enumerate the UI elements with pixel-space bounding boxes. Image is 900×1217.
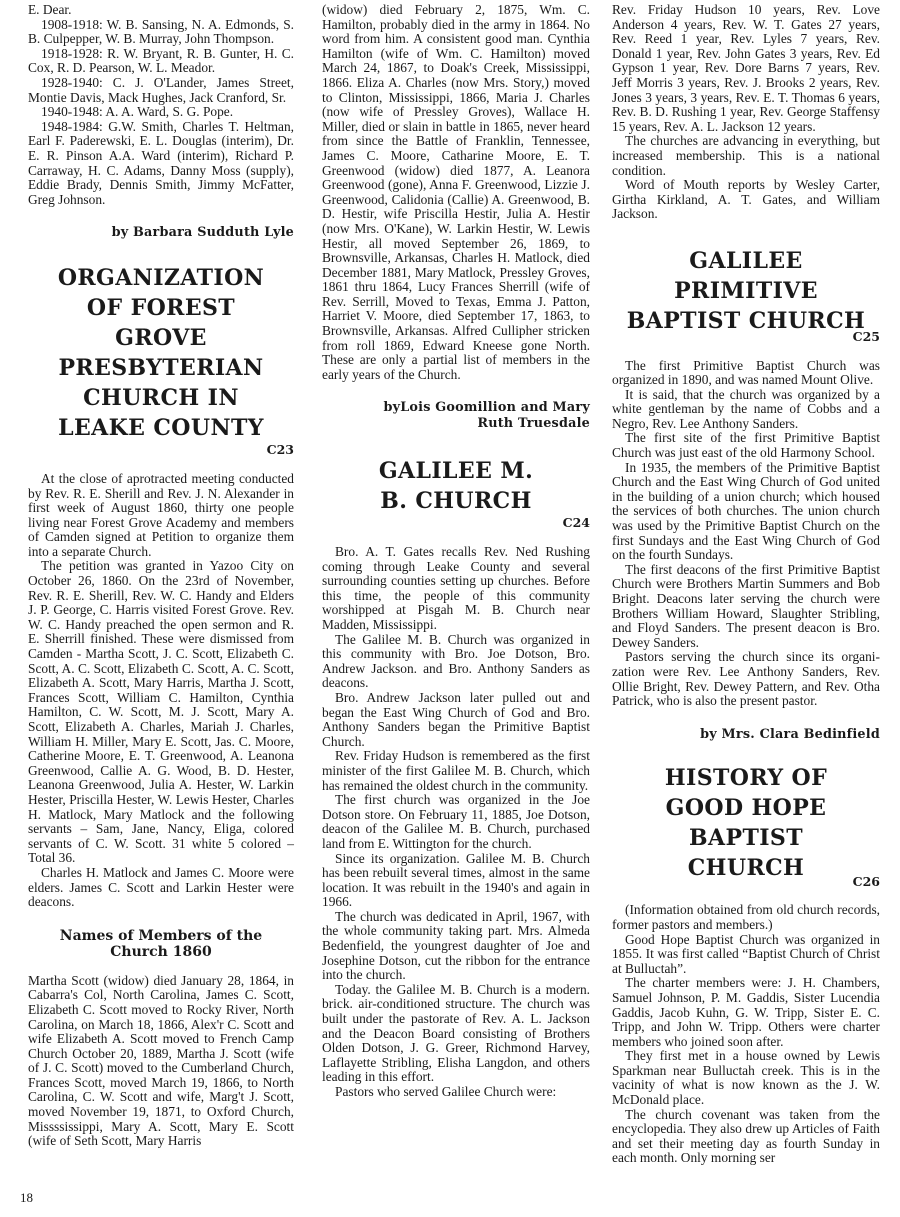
paragraph: (Information obtained from old church re… <box>612 903 880 932</box>
paragraph: Pastors who served Galilee Church were: <box>322 1085 590 1100</box>
article-title-c26: HISTORY OF GOOD HOPE BAPTIST CHURCH <box>612 763 880 883</box>
paragraph: In 1935, the members of the Primitive Ba… <box>612 461 880 563</box>
column-1: E. Dear. 1908-1918: W. B. Sansing, N. A.… <box>28 3 294 1149</box>
pastor-period: 1928-1940: C. J. O'Lander, James Street,… <box>28 76 294 105</box>
continued-text: E. Dear. <box>28 3 294 18</box>
paragraph: They first met in a house owned by Lewis… <box>612 1049 880 1107</box>
paragraph: The first deacons of the first Primitive… <box>612 563 880 651</box>
section-subtitle: Names of Members of the Church 1860 <box>28 928 294 960</box>
paragraph: Today. the Galilee M. B. Church is a mod… <box>322 983 590 1085</box>
pastor-period: 1940-1948: A. A. Ward, S. G. Pope. <box>28 105 294 120</box>
members-list-continued: (widow) died February 2, 1875, Wm. C. Ha… <box>322 3 590 382</box>
paragraph: Charles H. Matlock and James C. Moore we… <box>28 866 294 910</box>
column-3: Rev. Friday Hudson 10 years, Rev. Love A… <box>612 3 880 1166</box>
pastor-period: 1948-1984: G.W. Smith, Charles T. Helt­m… <box>28 120 294 208</box>
paragraph: Word of Mouth reports by Wesley Carter, … <box>612 178 880 222</box>
paragraph: Bro. Andrew Jackson later pulled out and… <box>322 691 590 749</box>
article-code-c24: C24 <box>322 516 590 531</box>
members-list: Martha Scott (widow) died January 28, 18… <box>28 974 294 1149</box>
paragraph: Pastors serving the church since its org… <box>612 650 880 708</box>
byline: byLois Goomillion and Mary Ruth Truesdal… <box>322 400 590 432</box>
byline: by Barbara Sudduth Lyle <box>28 225 294 241</box>
paragraph: Since its organization. Galilee M. B. Ch… <box>322 852 590 910</box>
paragraph: The church covenant was taken from the e… <box>612 1108 880 1166</box>
pastor-period: 1918-1928: R. W. Bryant, R. B. Gunter, H… <box>28 47 294 76</box>
paragraph: Good Hope Baptist Church was organized i… <box>612 933 880 977</box>
paragraph: Rev. Friday Hudson is remembered as the … <box>322 749 590 793</box>
paragraph: It is said, that the church was organize… <box>612 388 880 432</box>
paragraph: The first site of the first Primitive Ba… <box>612 431 880 460</box>
page-number: 18 <box>20 1190 33 1206</box>
paragraph: The Galilee M. B. Church was organized i… <box>322 633 590 691</box>
column-2: (widow) died February 2, 1875, Wm. C. Ha… <box>322 3 590 1100</box>
article-code-c23: C23 <box>28 443 294 458</box>
article-title-c25: GALILEE PRIMITIVE BAPTIST CHURCH <box>612 246 880 336</box>
pastors-list: Rev. Friday Hudson 10 years, Rev. Love A… <box>612 3 880 134</box>
paragraph: The churches are advancing in everything… <box>612 134 880 178</box>
byline: by Mrs. Clara Bedinfield <box>612 727 880 743</box>
paragraph: At the close of aprotracted meeting con­… <box>28 472 294 560</box>
paragraph: The petition was granted in Yazoo City o… <box>28 559 294 865</box>
paragraph: The charter members were: J. H. Cham­ber… <box>612 976 880 1049</box>
paragraph: Bro. A. T. Gates recalls Rev. Ned Rushin… <box>322 545 590 633</box>
article-title-c24: GALILEE M. B. CHURCH <box>322 456 590 516</box>
article-title-c23: ORGANIZATION OF FOREST GROVE PRESBYTERIA… <box>28 263 294 443</box>
paragraph: The first church was organized in the Jo… <box>322 793 590 851</box>
paragraph: The church was dedicated in April, 1967,… <box>322 910 590 983</box>
pastor-period: 1908-1918: W. B. Sansing, N. A. Edmonds,… <box>28 18 294 47</box>
paragraph: The first Primitive Baptist Church was o… <box>612 359 880 388</box>
